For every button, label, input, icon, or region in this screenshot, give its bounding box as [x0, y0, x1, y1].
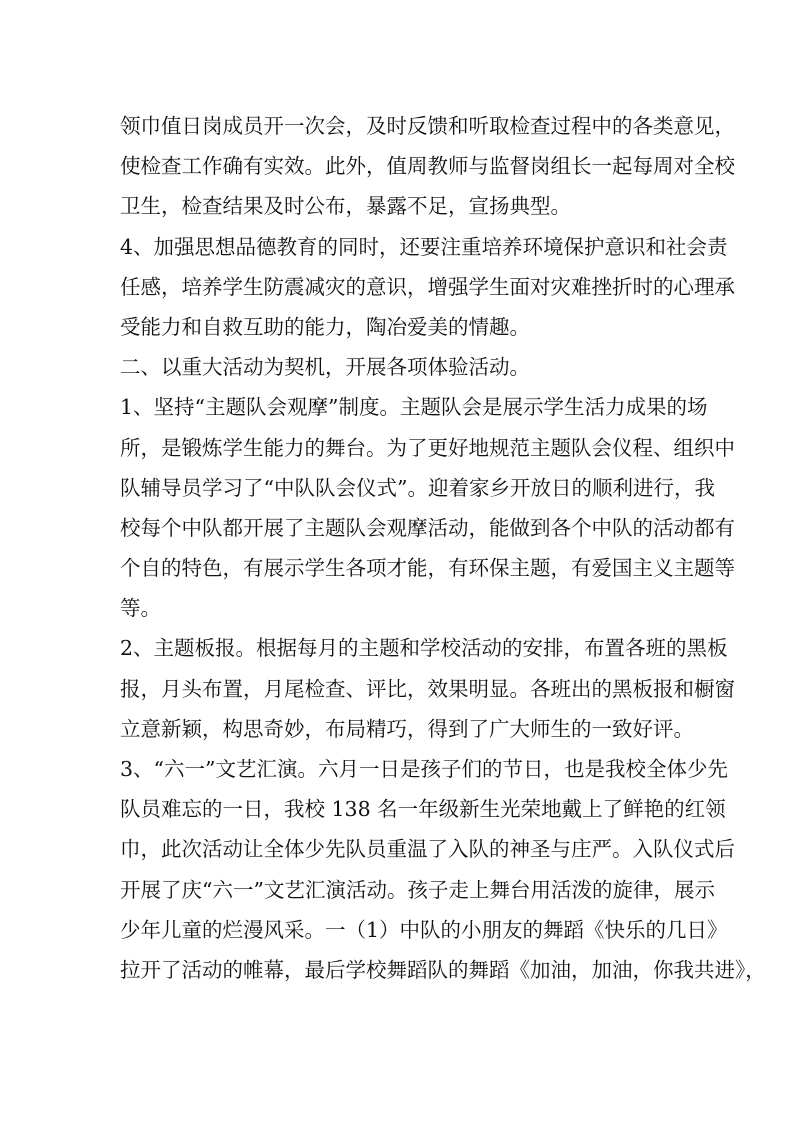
- text-line: 4、加强思想品德教育的同时，还要注重培养环境保护意识和社会责: [120, 227, 676, 267]
- text-line: 任感，培养学生防震减灾的意识，增强学生面对灾难挫折时的心理承: [120, 267, 676, 307]
- text-line: 1、坚持“主题队会观摩”制度。主题队会是展示学生活力成果的场: [120, 387, 676, 427]
- paragraph-moral-education: 4、加强思想品德教育的同时，还要注重培养环境保护意识和社会责 任感，培养学生防震…: [120, 227, 676, 348]
- text-line: 等。: [120, 588, 676, 628]
- text-line: 队辅导员学习了“中队队会仪式”。迎着家乡开放日的顺利进行，我: [120, 468, 676, 508]
- document-page: 领巾值日岗成员开一次会，及时反馈和听取检查过程中的各类意见， 使检查工作确有实效…: [120, 106, 676, 990]
- text-line: 卫生，检查结果及时公布，暴露不足，宣扬典型。: [120, 186, 676, 226]
- text-line: 2、主题板报。根据每月的主题和学校活动的安排，布置各班的黑板: [120, 628, 676, 668]
- text-line: 3、“六一”文艺汇演。六月一日是孩子们的节日，也是我校全体少先: [120, 749, 676, 789]
- text-line: 拉开了活动的帷幕，最后学校舞蹈队的舞蹈《加油，加油，你我共进》，: [120, 950, 676, 990]
- text-line: 立意新颖，构思奇妙，布局精巧，得到了广大师生的一致好评。: [120, 709, 676, 749]
- paragraph-blackboard: 2、主题板报。根据每月的主题和学校活动的安排，布置各班的黑板 报，月头布置，月尾…: [120, 628, 676, 749]
- text-line: 所，是锻炼学生能力的舞台。为了更好地规范主题队会仪程、组织中: [120, 428, 676, 468]
- text-line: 巾，此次活动让全体少先队员重温了入队的神圣与庄严。入队仪式后: [120, 829, 676, 869]
- text-line: 使检查工作确有实效。此外，值周教师与监督岗组长一起每周对全校: [120, 146, 676, 186]
- text-line: 领巾值日岗成员开一次会，及时反馈和听取检查过程中的各类意见，: [120, 106, 676, 146]
- section-heading-activities: 二、以重大活动为契机，开展各项体验活动。: [120, 347, 676, 387]
- text-line: 个自的特色，有展示学生各项才能，有环保主题，有爱国主义主题等: [120, 548, 676, 588]
- text-line: 受能力和自救互助的能力，陶冶爱美的情趣。: [120, 307, 676, 347]
- text-line: 校每个中队都开展了主题队会观摩活动，能做到各个中队的活动都有: [120, 508, 676, 548]
- paragraph-duty-feedback: 领巾值日岗成员开一次会，及时反馈和听取检查过程中的各类意见， 使检查工作确有实效…: [120, 106, 676, 227]
- paragraph-theme-meeting: 1、坚持“主题队会观摩”制度。主题队会是展示学生活力成果的场 所，是锻炼学生能力…: [120, 387, 676, 628]
- text-line: 少年儿童的烂漫风采。一（1）中队的小朋友的舞蹈《快乐的几日》: [120, 910, 676, 950]
- paragraph-childrens-day: 3、“六一”文艺汇演。六月一日是孩子们的节日，也是我校全体少先 队员难忘的一日，…: [120, 749, 676, 990]
- text-line: 开展了庆“六一”文艺汇演活动。孩子走上舞台用活泼的旋律，展示: [120, 870, 676, 910]
- section-heading: 二、以重大活动为契机，开展各项体验活动。: [120, 347, 676, 387]
- text-line: 报，月头布置，月尾检查、评比，效果明显。各班出的黑板报和橱窗: [120, 669, 676, 709]
- text-line: 队员难忘的一日，我校 138 名一年级新生光荣地戴上了鲜艳的红领: [120, 789, 676, 829]
